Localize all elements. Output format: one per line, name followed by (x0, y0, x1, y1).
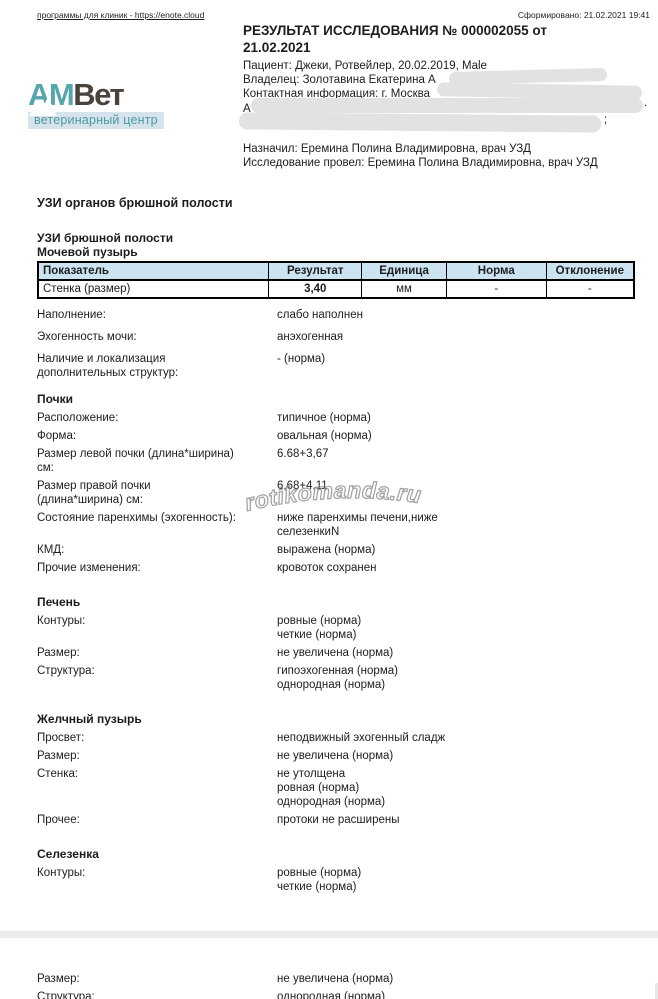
field-value: неподвижный эхогенный сладж (277, 731, 445, 745)
field-label: Прочие изменения: (37, 561, 277, 575)
exam-subtitle: УЗИ брюшной полости (37, 231, 633, 245)
field-row: Размер левой почки (длина*ширина) см: 6.… (37, 447, 633, 475)
assigned-line: Назначил: Еремина Полина Владимировна, в… (243, 142, 635, 156)
field-row: Форма: овальная (норма) (37, 429, 633, 443)
field-label: Контуры: (37, 614, 277, 642)
field-row: Размер: не увеличена (норма) (37, 749, 633, 763)
col-header-indicator: Показатель (38, 262, 269, 280)
cell-unit: мм (362, 280, 447, 298)
field-value: 6,68+4,11 (277, 479, 328, 507)
field-row: Размер правой почки (длина*ширина) см: 6… (37, 479, 633, 507)
page-gap (37, 894, 633, 931)
field-value: ровные (норма) четкие (норма) (277, 614, 361, 642)
table-row: Стенка (размер) 3,40 мм - - (38, 280, 634, 298)
report-page: программы для клиник - https://enote.clo… (0, 0, 658, 999)
field-label: Размер: (37, 646, 277, 660)
col-header-unit: Единица (362, 262, 447, 280)
field-value: не увеличена (норма) (277, 972, 393, 986)
field-value: ровные (норма) четкие (норма) (277, 866, 361, 894)
field-row: КМД: выражена (норма) (37, 543, 633, 557)
field-row: Стенка: не утолщена ровная (норма) однор… (37, 767, 633, 809)
col-header-result: Результат (269, 262, 362, 280)
field-row: Структура: однородная (норма) (37, 990, 633, 999)
field-row: Размер: не увеличена (норма) (37, 646, 633, 660)
field-label: Эхогенность мочи: (37, 330, 277, 344)
field-label: Контуры: (37, 866, 277, 894)
field-value: слабо наполнен (277, 308, 363, 322)
redaction-blob (239, 112, 601, 132)
field-value: овальная (норма) (277, 429, 372, 443)
col-header-deviation: Отклонение (546, 262, 634, 280)
cell-norm: - (446, 280, 546, 298)
field-row: Наличие и локализация дополнительных стр… (37, 352, 633, 380)
exam-title: УЗИ органов брюшной полости (37, 196, 633, 211)
field-label: КМД: (37, 543, 277, 557)
field-label: Структура: (37, 990, 277, 999)
section-heading-spleen: Селезенка (37, 847, 633, 862)
field-value: выражена (норма) (277, 543, 375, 557)
field-value: 6.68+3,67 (277, 447, 328, 475)
field-row: Состояние паренхимы (эхогенность): ниже … (37, 511, 633, 539)
table-header-row: Показатель Результат Единица Норма Откло… (38, 262, 634, 280)
col-header-norm: Норма (446, 262, 546, 280)
field-row: Просвет: неподвижный эхогенный сладж (37, 731, 633, 745)
field-value: протоки не расширены (277, 813, 400, 827)
field-value: типичное (норма) (277, 411, 371, 425)
section-heading-kidneys: Почки (37, 392, 633, 407)
logo-wordmark: АМВет (28, 80, 188, 110)
report-body: УЗИ органов брюшной полости УЗИ брюшной … (0, 196, 658, 999)
results-table: Показатель Результат Единица Норма Откло… (37, 261, 635, 299)
bladder-section: Наполнение: слабо наполнен Эхогенность м… (37, 308, 633, 380)
enote-link[interactable]: программы для клиник - https://enote.clo… (37, 10, 204, 20)
field-label: Размер правой почки (длина*ширина) см: (37, 479, 277, 507)
field-label: Размер: (37, 972, 277, 986)
field-label: Наполнение: (37, 308, 277, 322)
cell-indicator: Стенка (размер) (38, 280, 269, 298)
section-heading-bladder: Мочевой пузырь (37, 245, 633, 259)
section-heading-liver: Печень (37, 595, 633, 610)
field-value: - (норма) (277, 352, 325, 380)
field-label: Стенка: (37, 767, 277, 809)
field-value: анэхогенная (277, 330, 343, 344)
field-label: Расположение: (37, 411, 277, 425)
address-tail: . (644, 97, 647, 109)
field-value: не увеличена (норма) (277, 749, 393, 763)
field-value: не утолщена ровная (норма) однородная (н… (277, 767, 385, 809)
field-label: Состояние паренхимы (эхогенность): (37, 511, 277, 539)
cell-result: 3,40 (269, 280, 362, 298)
field-row: Наполнение: слабо наполнен (37, 308, 633, 322)
field-value: гипоэхогенная (норма) однородная (норма) (277, 664, 398, 692)
field-row: Контуры: ровные (норма) четкие (норма) (37, 614, 633, 642)
clinic-logo: АМВет ветеринарный центр (28, 80, 188, 129)
field-value: не увеличена (норма) (277, 646, 393, 660)
field-row: Прочие изменения: кровоток сохранен (37, 561, 633, 575)
field-row: Прочее: протоки не расширены (37, 813, 633, 827)
field-value: ниже паренхимы печени,ниже селезенкиN (277, 511, 438, 539)
section-heading-gallbladder: Желчный пузырь (37, 712, 633, 727)
field-label: Наличие и локализация дополнительных стр… (37, 352, 277, 380)
logo-brand-secondary: Вет (73, 77, 123, 112)
field-row: Расположение: типичное (норма) (37, 411, 633, 425)
field-label: Форма: (37, 429, 277, 443)
field-row: Структура: гипоэхогенная (норма) однород… (37, 664, 633, 692)
field-label: Структура: (37, 664, 277, 692)
page-break-band (0, 931, 658, 938)
redaction-blob (251, 98, 643, 113)
field-label: Размер левой почки (длина*ширина) см: (37, 447, 277, 475)
field-label: Размер: (37, 749, 277, 763)
field-label: Просвет: (37, 731, 277, 745)
report-title: РЕЗУЛЬТАТ ИССЛЕДОВАНИЯ № 000002055 от 21… (243, 22, 593, 56)
field-value: однородная (норма) (277, 990, 385, 999)
cell-deviation: - (546, 280, 634, 298)
field-row: Эхогенность мочи: анэхогенная (37, 330, 633, 344)
field-label: Прочее: (37, 813, 277, 827)
field-row: Контуры: ровные (норма) четкие (норма) (37, 866, 633, 894)
redacted-tail: ; (604, 114, 607, 126)
generated-timestamp: Сформировано: 21.02.2021 19:41 (518, 10, 650, 20)
mountain-icon (29, 91, 59, 121)
field-value: кровоток сохранен (277, 561, 377, 575)
field-row: Размер: не увеличена (норма) (37, 972, 633, 986)
page-gap (37, 938, 633, 968)
performed-line: Исследование провел: Еремина Полина Влад… (243, 156, 635, 170)
